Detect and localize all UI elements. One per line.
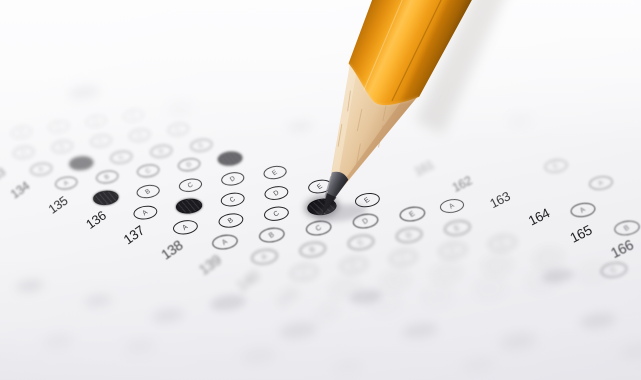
blurred-mark xyxy=(151,307,184,324)
answer-bubble: C xyxy=(389,248,418,267)
answer-bubble: D xyxy=(150,144,174,159)
blurred-mark xyxy=(15,278,44,294)
answer-bubble: C xyxy=(48,119,70,133)
question-number: 133 xyxy=(0,165,8,187)
answer-bubble: C xyxy=(432,263,462,283)
bubble-letter: D xyxy=(93,117,100,124)
bubble-letter: C xyxy=(357,238,366,247)
scribbled-answer-bubble xyxy=(92,189,119,206)
bubble-letter: E xyxy=(363,196,371,204)
scribbled-answer-bubble xyxy=(175,197,203,214)
bubble-letter: E xyxy=(408,210,416,219)
bubble-letter: E xyxy=(498,238,507,247)
bubble-letter: B xyxy=(59,143,66,150)
question-number-label: 166 xyxy=(608,237,636,262)
bubble-letter: A xyxy=(38,166,45,173)
bubble-letter: B xyxy=(268,231,276,240)
answer-bubble: E xyxy=(533,248,563,268)
bubble-letter: C xyxy=(144,167,151,175)
answer-bubble: D xyxy=(438,241,467,260)
bubble-letter: B xyxy=(433,292,442,302)
blurred-mark xyxy=(278,320,318,341)
question-number: 136 xyxy=(83,208,108,232)
answer-bubble: B xyxy=(51,139,74,154)
question-number: 137 xyxy=(121,223,147,248)
answer-bubble: A xyxy=(29,162,53,177)
answer-bubble: C xyxy=(305,219,333,237)
blurred-mark xyxy=(209,293,247,313)
question-number: 139 xyxy=(196,252,224,278)
blurred-mark xyxy=(579,311,617,331)
bubble-letter: B xyxy=(349,261,358,270)
bubble-letter: B xyxy=(391,276,400,285)
answer-bubble: E xyxy=(443,219,471,238)
answer-bubble: E xyxy=(167,122,190,137)
bubble-letter: A xyxy=(381,299,390,309)
bubble-letter: D xyxy=(537,276,546,286)
answer-bubble: A xyxy=(289,263,318,282)
answer-bubble: E xyxy=(122,108,144,122)
blurred-mark xyxy=(83,293,112,309)
answer-bubble: E xyxy=(354,191,381,209)
answer-bubble: A xyxy=(588,175,613,192)
blurred-mark xyxy=(67,84,100,100)
question-number-label: 161 xyxy=(412,158,435,179)
answer-bubble: E xyxy=(488,233,517,252)
bubble-letter: C xyxy=(485,284,494,294)
bubble-letter: B xyxy=(309,245,317,254)
blurred-mark xyxy=(124,338,156,355)
bubble-letter: E xyxy=(175,126,182,133)
blurred-mark xyxy=(331,359,364,376)
bubble-letter: A xyxy=(142,209,150,217)
bubble-letter: A xyxy=(300,268,309,277)
answer-bubble: B xyxy=(422,286,453,306)
answer-bubble: A xyxy=(439,197,465,214)
question-number: 140 xyxy=(234,268,263,295)
answer-bubble: C xyxy=(110,150,134,165)
answer-bubble: C xyxy=(136,163,160,179)
bubble-letter: A xyxy=(20,149,27,156)
bubble-letter: A xyxy=(221,238,229,247)
answer-bubble: D xyxy=(527,271,558,291)
blurred-mark xyxy=(618,343,641,362)
answer-bubble: C xyxy=(474,278,505,298)
question-number: 142 xyxy=(311,299,341,327)
blurred-mark xyxy=(239,347,277,367)
bubble-letter: B xyxy=(623,224,631,233)
answer-bubble: D xyxy=(85,114,107,128)
bubble-letter: E xyxy=(453,224,461,233)
question-number-label: 165 xyxy=(568,222,595,246)
answer-bubble: A xyxy=(133,204,159,221)
answer-bubble: A xyxy=(12,145,35,160)
bubble-letter: A xyxy=(340,284,349,293)
bubble-letter: E xyxy=(198,142,205,149)
bubble-letter: E xyxy=(552,162,559,170)
bubble-letter: D xyxy=(272,189,280,197)
question-number: 134 xyxy=(8,179,32,201)
bubble-letter: E xyxy=(130,112,136,119)
blurred-mark xyxy=(460,357,496,376)
answer-bubble: B xyxy=(381,271,411,291)
bubble-letter: C xyxy=(442,268,451,278)
answer-bubble: A xyxy=(570,201,597,219)
answer-bubble: E xyxy=(579,263,610,283)
bubble-letter: C xyxy=(314,224,322,233)
answer-bubble: D xyxy=(264,185,290,202)
bubble-letter: C xyxy=(98,137,105,144)
scribbled-answer-bubble xyxy=(69,155,94,171)
blurred-mark xyxy=(166,101,193,115)
question-number-label: 162 xyxy=(450,173,474,195)
bubble-letter: C xyxy=(118,153,125,161)
blurred-mark xyxy=(286,119,313,133)
answer-sheet-photo: 131ABCDE132ABCDE133ACDE134ABCD135BCDE136… xyxy=(0,0,641,380)
answer-bubble: B xyxy=(218,212,245,230)
answer-bubble: E xyxy=(307,178,333,195)
bubble-letter: C xyxy=(229,195,237,203)
answer-bubble: C xyxy=(347,233,375,252)
bubble-letter: D xyxy=(493,261,502,271)
answer-sheet: 131ABCDE132ABCDE133ACDE134ABCD135BCDE136… xyxy=(0,0,641,380)
answer-bubble: E xyxy=(544,158,569,174)
bubble-letter: C xyxy=(399,253,408,262)
bubble-letter: B xyxy=(227,216,235,224)
bubble-letter: C xyxy=(55,123,62,130)
question-number: 135 xyxy=(46,193,70,216)
marked-answer-bubble xyxy=(306,197,337,217)
bubble-letter: E xyxy=(316,182,324,190)
bubble-letter: E xyxy=(590,268,599,278)
answer-bubble: A xyxy=(211,233,239,251)
answer-bubble: B xyxy=(258,226,286,244)
bubble-letter: B xyxy=(144,188,151,196)
question-number: 141 xyxy=(272,283,301,311)
answer-bubble: D xyxy=(352,212,380,230)
bubble-letter: A xyxy=(579,206,587,214)
bubble-letter: D xyxy=(361,217,369,226)
bubble-letter: A xyxy=(260,252,268,261)
question-number-label: 163 xyxy=(487,189,512,211)
bubble-letter: D xyxy=(158,147,165,155)
answer-bubble: E xyxy=(399,205,427,223)
answer-bubble: B xyxy=(299,240,327,259)
answer-bubble: C xyxy=(220,191,246,208)
bubble-letter: D xyxy=(229,175,237,183)
answer-bubble: E xyxy=(190,138,214,153)
bubble-letter: A xyxy=(181,223,189,231)
bubble-letter: D xyxy=(136,131,143,138)
answer-bubble: B xyxy=(339,256,368,275)
bubble-letter: D xyxy=(405,231,414,240)
bubble-letter: A xyxy=(448,202,456,210)
answer-bubble: C xyxy=(90,133,113,148)
bubble-letter: D xyxy=(185,161,192,169)
question-number: 138 xyxy=(158,237,185,263)
blurred-mark xyxy=(42,333,74,350)
bubble-letter: E xyxy=(544,253,553,262)
answer-bubble: B xyxy=(613,219,641,237)
answer-bubble: D xyxy=(177,157,201,173)
bubble-letter: B xyxy=(104,173,111,181)
bubble-letter: D xyxy=(448,246,457,255)
answer-bubble: C xyxy=(178,177,203,193)
answer-bubble: C xyxy=(263,205,290,223)
bubble-letter: A xyxy=(63,179,70,187)
answer-bubble: A xyxy=(172,219,199,237)
answer-bubble: A xyxy=(54,175,78,191)
question-number-label: 164 xyxy=(526,205,552,228)
answer-bubble: B xyxy=(95,169,119,185)
answer-bubble: B xyxy=(10,125,32,139)
bubble-letter: A xyxy=(597,179,604,187)
bubble-letter: C xyxy=(187,181,195,189)
bubble-letter: C xyxy=(610,265,619,274)
answer-bubble: D xyxy=(395,226,423,245)
blurred-mark xyxy=(507,113,532,126)
answer-bubble: B xyxy=(136,183,161,199)
scribbled-answer-bubble xyxy=(217,151,243,167)
answer-bubble: D xyxy=(482,256,512,276)
bubble-letter: E xyxy=(271,169,278,177)
answer-bubble: A xyxy=(250,248,278,267)
blurred-mark xyxy=(401,321,439,341)
answer-bubble: D xyxy=(128,128,151,143)
bubble-letter: C xyxy=(272,209,280,218)
answer-bubble: D xyxy=(220,171,245,187)
blurred-mark xyxy=(498,331,538,352)
answer-bubble: E xyxy=(263,164,288,180)
bubble-letter: B xyxy=(18,129,24,136)
